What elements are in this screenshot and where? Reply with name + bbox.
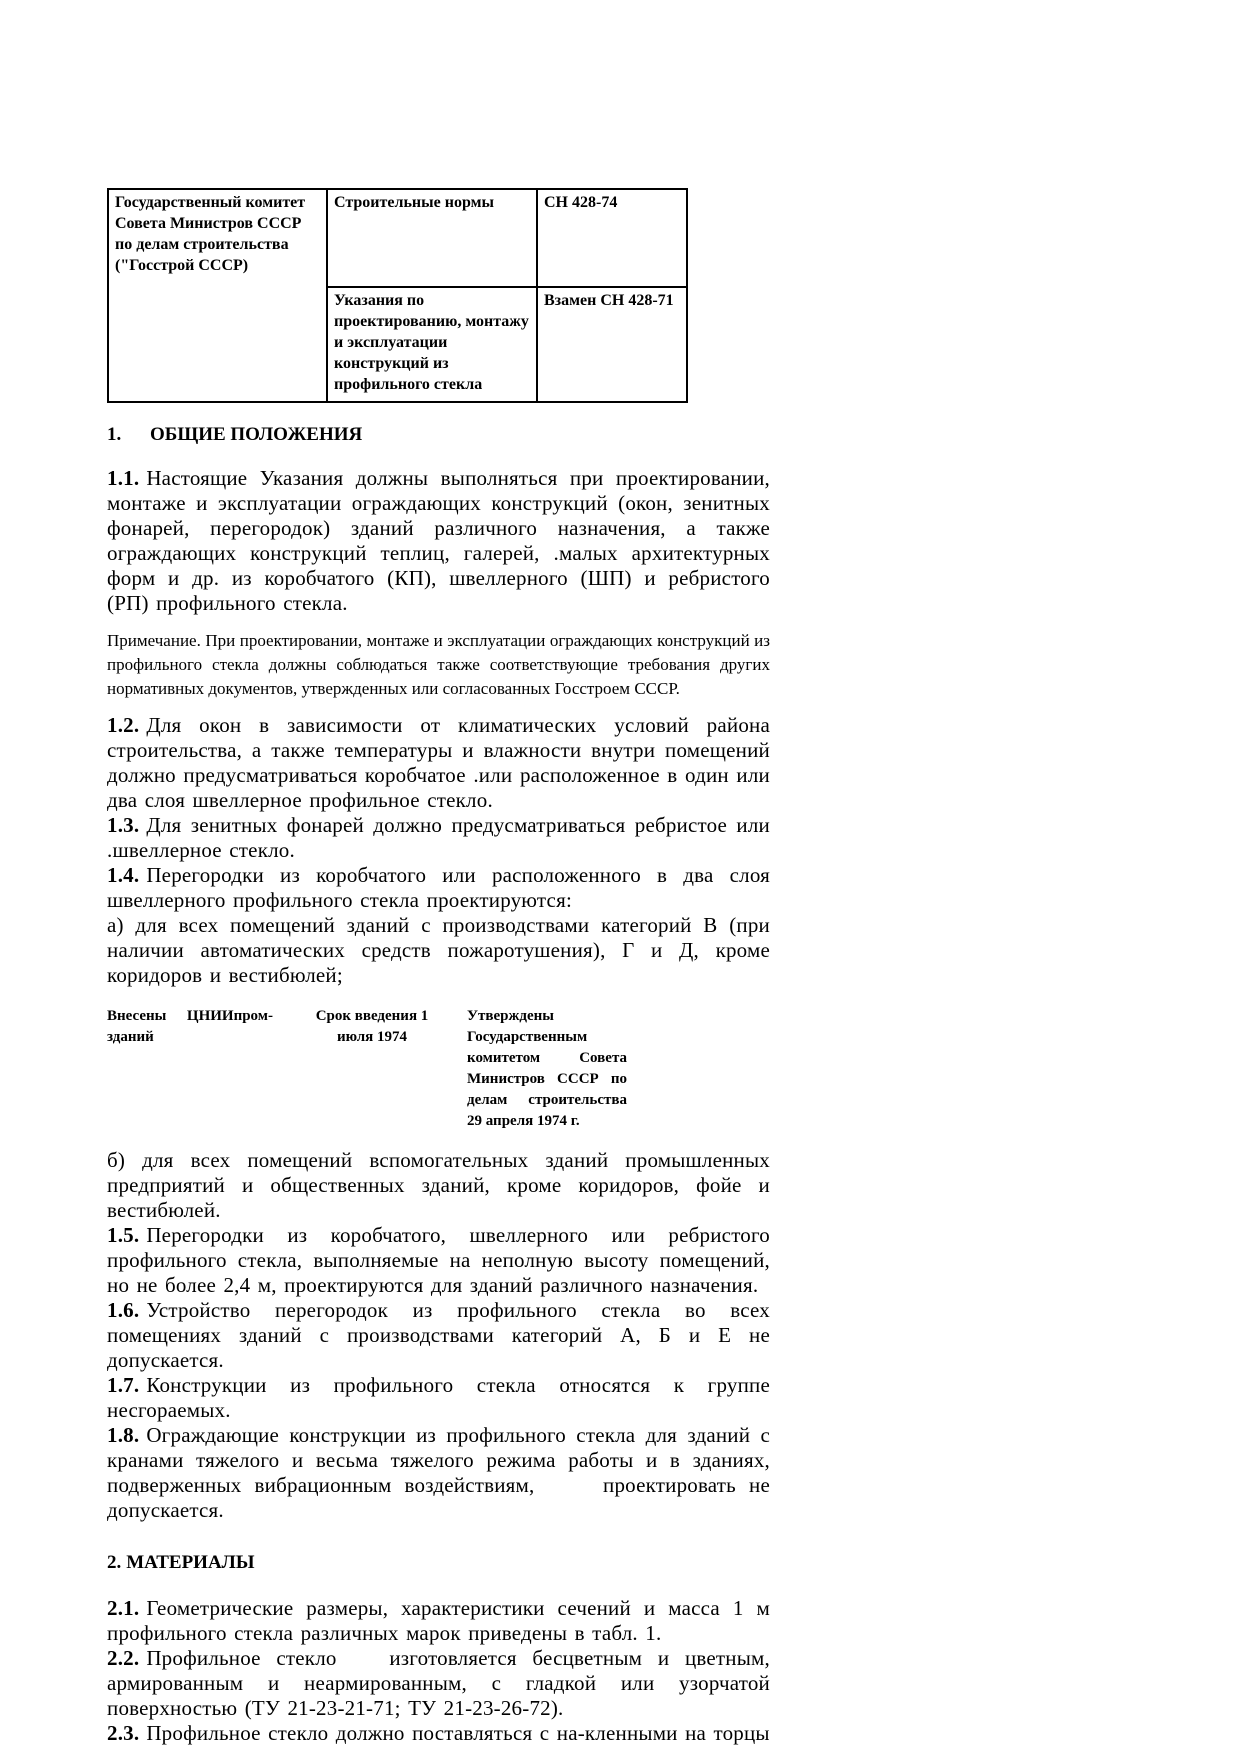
paragraph: 1.7.Конструкции из профильного стекла от… (107, 1373, 770, 1423)
header-title-cell: Указания по проектированию, монтажу и эк… (327, 287, 537, 402)
document-page: Государственный комитет Совета Министров… (0, 0, 1240, 1755)
approval-submitted-by: Внесены ЦНИИпром-зданий (107, 1006, 273, 1132)
header-code-cell: СН 428-74 (537, 189, 687, 287)
paragraph-number: 1.6. (107, 1298, 139, 1322)
section-2-number: 2. (107, 1551, 121, 1574)
paragraph: 1.1.Настоящие Указания должны выполнятьс… (107, 466, 770, 616)
paragraph-number: 1.4. (107, 863, 139, 887)
paragraph-number: 2.1. (107, 1596, 139, 1620)
paragraph-number: 2.3. (107, 1721, 139, 1745)
paragraph: 2.3.Профильное стекло должно поставлятьс… (107, 1721, 770, 1746)
paragraph: 2.1.Геометрические размеры, характеристи… (107, 1596, 770, 1646)
header-org-cell: Государственный комитет Совета Министров… (108, 189, 327, 402)
paragraph-number: 1.7. (107, 1373, 139, 1397)
section-2-heading: 2.МАТЕРИАЛЫ (107, 1551, 770, 1574)
paragraph-text: Геометрические размеры, характеристики с… (107, 1596, 770, 1645)
paragraph-text: Ограждающие конструкции из профильного с… (107, 1423, 770, 1522)
approval-effective-date: Срок введения 1 июля 1974 (299, 1006, 445, 1132)
paragraph: 1.3.Для зенитных фонарей должно предусма… (107, 813, 770, 863)
approval-approved-by: Утверждены Государственным комитетом Сов… (467, 1006, 627, 1132)
paragraph: 1.5.Перегородки из коробчатого, швеллерн… (107, 1223, 770, 1298)
paragraph: 1.2.Для окон в зависимости от климатичес… (107, 713, 770, 813)
approval-block: Внесены ЦНИИпром-зданий Срок введения 1 … (107, 1006, 770, 1132)
header-table: Государственный комитет Совета Министров… (107, 188, 688, 403)
paragraph-text: Профильное стекло изготовляется бесцветн… (107, 1646, 770, 1720)
paragraph-text: Перегородки из коробчатого или расположе… (107, 863, 770, 912)
header-doctype-cell: Строительные нормы (327, 189, 537, 287)
section-1-title: ОБЩИЕ ПОЛОЖЕНИЯ (150, 424, 362, 445)
paragraph-text: Конструкции из профильного стекла относя… (107, 1373, 770, 1422)
paragraph-number: 1.8. (107, 1423, 139, 1447)
paragraph: 1.6.Устройство перегородок из профильног… (107, 1298, 770, 1373)
paragraph-text: Настоящие Указания должны выполняться пр… (107, 466, 770, 615)
paragraph-group-1: 1.1.Настоящие Указания должны выполнятьс… (107, 466, 770, 616)
paragraph-group-3: б) для всех помещений вспомогательных зд… (107, 1148, 770, 1523)
paragraph-number: 1.2. (107, 713, 139, 737)
paragraph-group-4: 2.1.Геометрические размеры, характеристи… (107, 1596, 770, 1746)
paragraph-number: 1.1. (107, 466, 139, 490)
paragraph-text: Для зенитных фонарей должно предусматрив… (107, 813, 770, 862)
paragraph-number: 2.2. (107, 1646, 139, 1670)
section-1-heading: 1.ОБЩИЕ ПОЛОЖЕНИЯ (107, 423, 770, 446)
paragraph: 1.4.Перегородки из коробчатого или распо… (107, 863, 770, 913)
paragraph-text: Устройство перегородок из профильного ст… (107, 1298, 770, 1372)
header-replaces-cell: Взамен СН 428-71 (537, 287, 687, 402)
paragraph: б) для всех помещений вспомогательных зд… (107, 1148, 770, 1223)
section-1-number: 1. (107, 423, 150, 446)
paragraph-text: б) для всех помещений вспомогательных зд… (107, 1148, 770, 1222)
paragraph-text: Для окон в зависимости от климатических … (107, 713, 770, 812)
paragraph-text: а) для всех помещений зданий с производс… (107, 913, 770, 987)
paragraph: 2.2.Профильное стекло изготовляется бесц… (107, 1646, 770, 1721)
paragraph-number: 1.5. (107, 1223, 139, 1247)
paragraph: а) для всех помещений зданий с производс… (107, 913, 770, 988)
paragraph-text: Перегородки из коробчатого, швеллерного … (107, 1223, 770, 1297)
note-paragraph: Примечание. При проектировании, монтаже … (107, 629, 770, 701)
paragraph: 1.8.Ограждающие конструкции из профильно… (107, 1423, 770, 1523)
paragraph-text: Профильное стекло должно поставляться с … (146, 1721, 769, 1745)
paragraph-number: 1.3. (107, 813, 139, 837)
section-2-title: МАТЕРИАЛЫ (126, 1552, 254, 1573)
document-content: Государственный комитет Совета Министров… (107, 188, 770, 1746)
paragraph-group-2: 1.2.Для окон в зависимости от климатичес… (107, 713, 770, 988)
